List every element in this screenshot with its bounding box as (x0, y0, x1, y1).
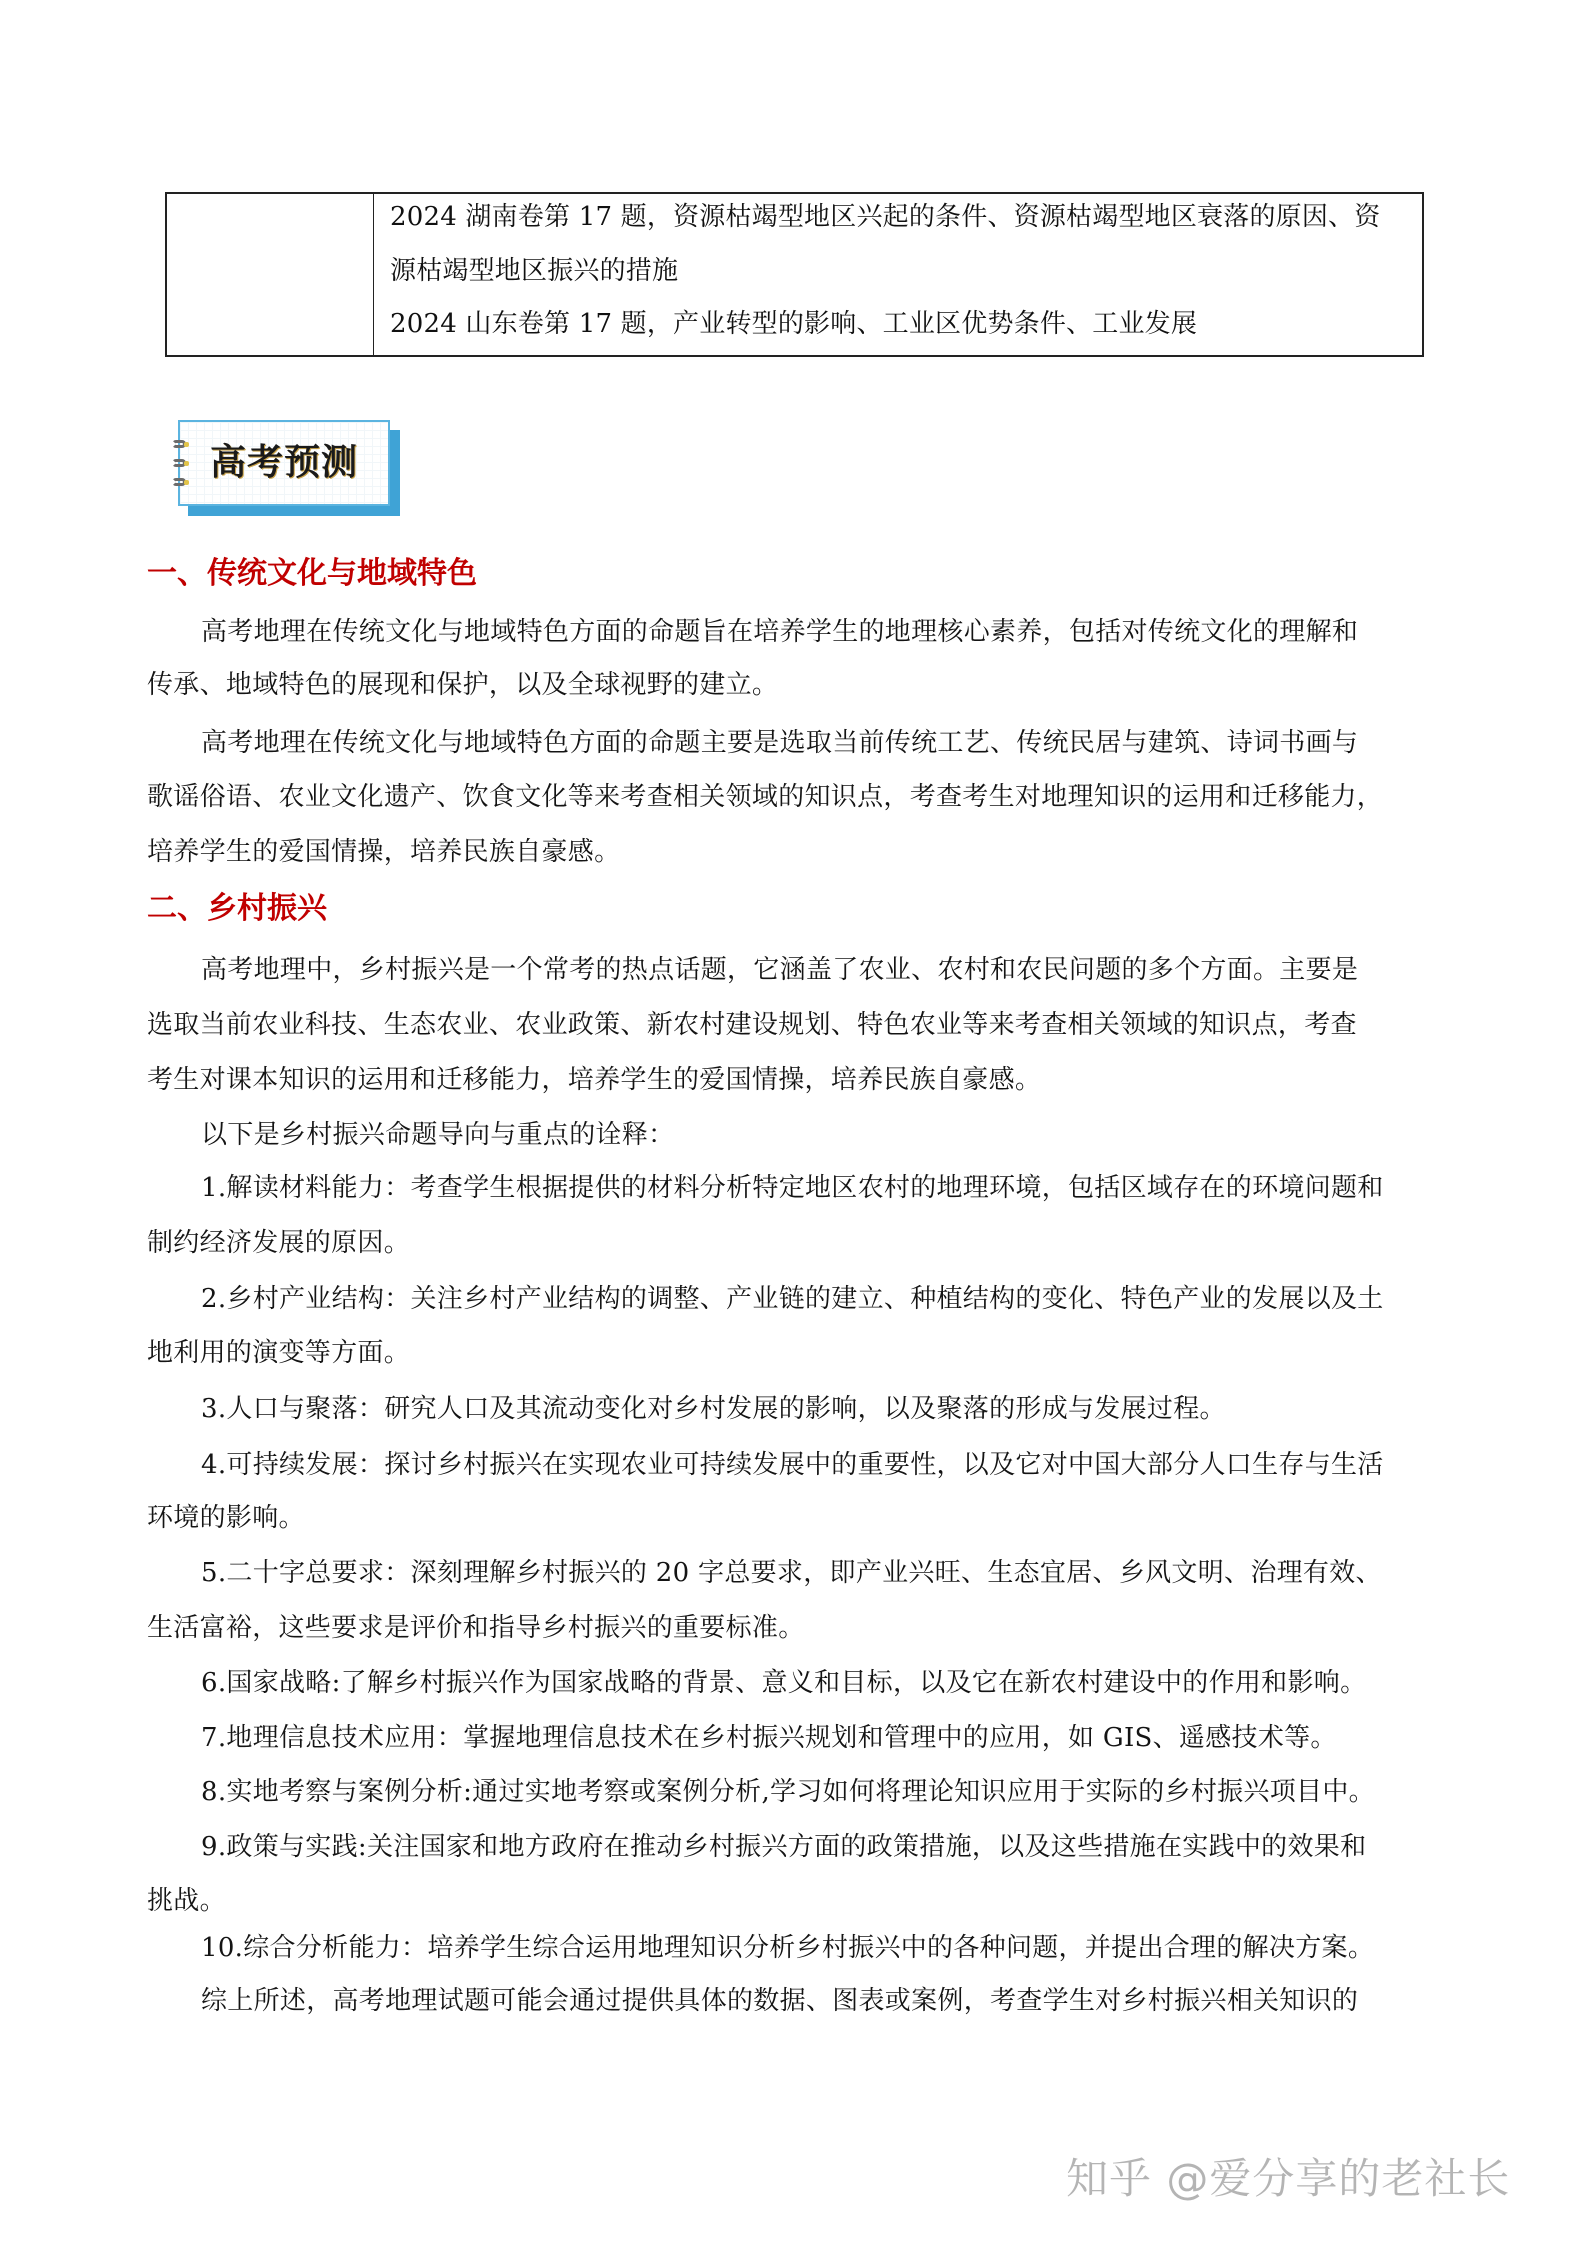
paragraph-line: 综上所述，高考地理试题可能会通过提供具体的数据、图表或案例，考查学生对乡村振兴相… (201, 1985, 1358, 2017)
exam-reference-table: 2024 湖南卷第 17 题，资源枯竭型地区兴起的条件、资源枯竭型地区衰落的原因… (165, 192, 1424, 357)
list-item-line: 10.综合分析能力：培养学生综合运用地理知识分析乡村振兴中的各种问题，并提出合理… (201, 1932, 1374, 1964)
badge-title: 高考预测 (210, 438, 358, 488)
paragraph-line: 歌谣俗语、农业文化遗产、饮食文化等来考查相关领域的知识点，考查考生对地理知识的运… (147, 781, 1383, 813)
table-cell-line: 2024 湖南卷第 17 题，资源枯竭型地区兴起的条件、资源枯竭型地区衰落的原因… (390, 202, 1380, 232)
list-item-line: 1.解读材料能力：考查学生根据提供的材料分析特定地区农村的地理环境，包括区域存在… (201, 1172, 1384, 1204)
list-item-line: 7.地理信息技术应用：掌握地理信息技术在乡村振兴规划和管理中的应用，如 GIS、… (201, 1722, 1337, 1754)
spiral-ring-icon (172, 478, 186, 486)
paragraph-line: 培养学生的爱国情操，培养民族自豪感。 (147, 836, 620, 868)
list-item-line: 4.可持续发展：探讨乡村振兴在实现农业可持续发展中的重要性，以及它对中国大部分人… (201, 1449, 1384, 1481)
list-item-line: 环境的影响。 (147, 1502, 305, 1534)
table-left-cell (167, 194, 374, 355)
list-item-line: 生活富裕，这些要求是评价和指导乡村振兴的重要标准。 (147, 1612, 805, 1644)
paragraph-line: 高考地理在传统文化与地域特色方面的命题主要是选取当前传统工艺、传统民居与建筑、诗… (201, 727, 1358, 759)
paragraph-line: 以下是乡村振兴命题导向与重点的诠释： (201, 1119, 674, 1151)
table-cell-line: 源枯竭型地区振兴的措施 (390, 256, 678, 286)
section-heading: 二、乡村振兴 (147, 889, 327, 929)
list-item-line: 制约经济发展的原因。 (147, 1227, 410, 1259)
table-cell-line: 2024 山东卷第 17 题，产业转型的影响、工业区优势条件、工业发展 (390, 309, 1197, 339)
paragraph-line: 高考地理中，乡村振兴是一个常考的热点话题，它涵盖了农业、农村和农民问题的多个方面… (201, 954, 1358, 986)
section-heading: 一、传统文化与地域特色 (147, 554, 477, 594)
paragraph-line: 考生对课本知识的运用和迁移能力，培养学生的爱国情操，培养民族自豪感。 (147, 1064, 1041, 1096)
list-item-line: 3.人口与聚落：研究人口及其流动变化对乡村发展的影响，以及聚落的形成与发展过程。 (201, 1393, 1226, 1425)
spiral-ring-icon (172, 459, 186, 467)
list-item-line: 挑战。 (147, 1885, 226, 1917)
paragraph-line: 高考地理在传统文化与地域特色方面的命题旨在培养学生的地理核心素养，包括对传统文化… (201, 616, 1358, 648)
paragraph-line: 传承、地域特色的展现和保护，以及全球视野的建立。 (147, 669, 778, 701)
list-item-line: 6.国家战略:了解乡村振兴作为国家战略的背景、意义和目标，以及它在新农村建设中的… (201, 1667, 1366, 1699)
paragraph-line: 选取当前农业科技、生态农业、农业政策、新农村建设规划、特色农业等来考查相关领域的… (147, 1009, 1357, 1041)
spiral-ring-icon (172, 440, 186, 448)
badge-box: 高考预测 (178, 420, 390, 506)
document-page: 2024 湖南卷第 17 题，资源枯竭型地区兴起的条件、资源枯竭型地区衰落的原因… (0, 0, 1587, 2245)
list-item-line: 地利用的演变等方面。 (147, 1337, 410, 1369)
list-item-line: 8.实地考察与案例分析:通过实地考察或案例分析,学习如何将理论知识应用于实际的乡… (201, 1776, 1375, 1808)
watermark-text: 知乎 @爱分享的老社长 (1066, 2156, 1510, 2202)
list-item-line: 5.二十字总要求：深刻理解乡村振兴的 20 字总要求，即产业兴旺、生态宜居、乡风… (201, 1557, 1382, 1589)
list-item-line: 9.政策与实践:关注国家和地方政府在推动乡村振兴方面的政策措施，以及这些措施在实… (201, 1831, 1366, 1863)
section-badge: 高考预测 (178, 420, 390, 506)
list-item-line: 2.乡村产业结构：关注乡村产业结构的调整、产业链的建立、种植结构的变化、特色产业… (201, 1283, 1384, 1315)
